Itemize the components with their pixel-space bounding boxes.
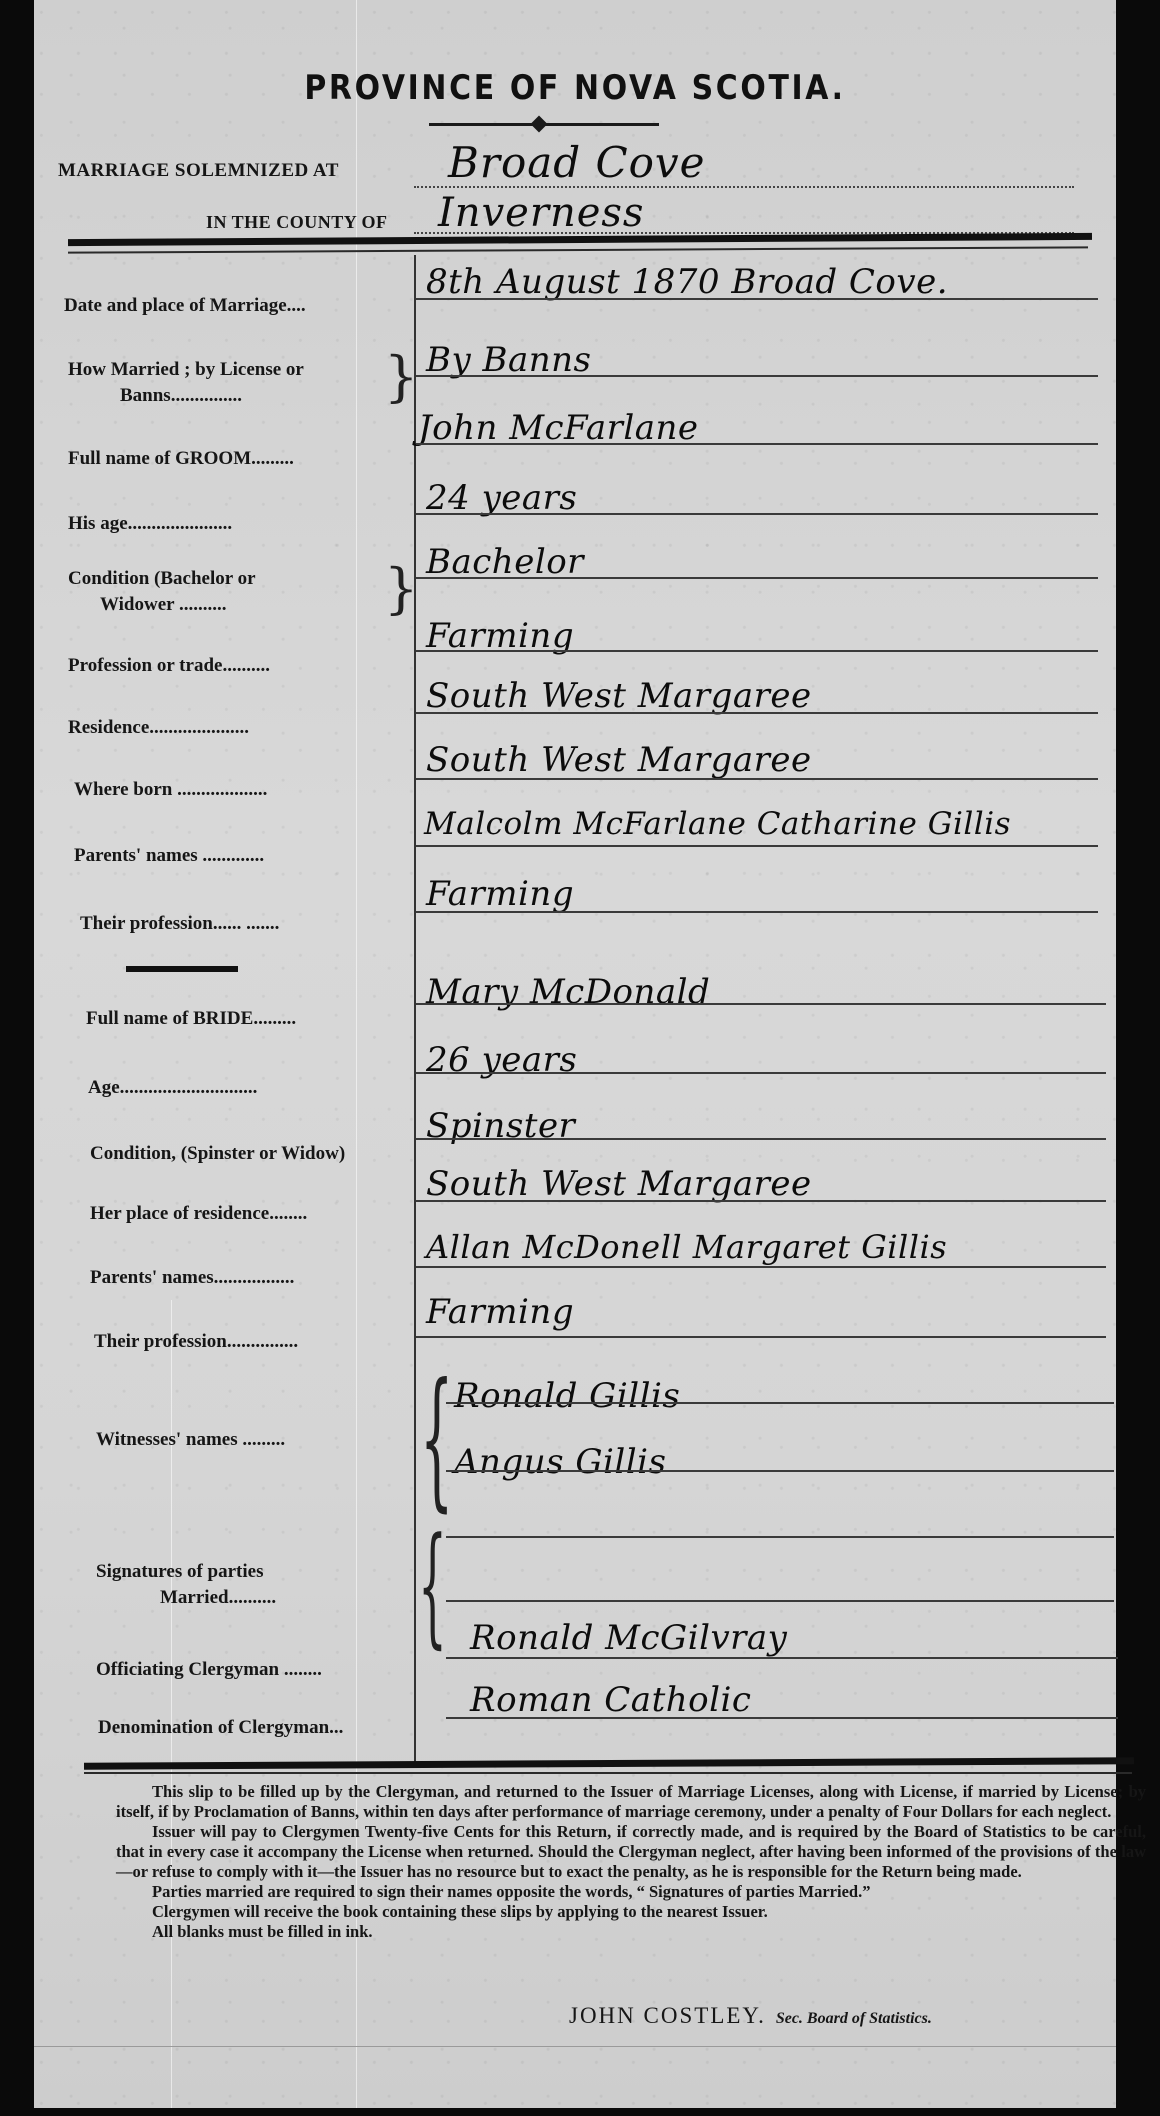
label-bride-residence: Her place of residence........	[90, 1200, 307, 1228]
label-groom-birthplace: Where born ...................	[74, 776, 267, 804]
solemnized-at-label: MARRIAGE SOLEMNIZED AT	[58, 160, 339, 182]
header-divider-thin	[68, 246, 1088, 253]
label-bride-age: Age.............................	[88, 1074, 257, 1102]
entry-line	[416, 1266, 1106, 1268]
value-how-married: By Banns	[426, 340, 592, 380]
column-divider	[414, 255, 416, 1765]
value-date-place: 8th August 1870 Broad Cove.	[426, 262, 948, 302]
value-groom-name: John McFarlane	[418, 408, 699, 448]
value-witness-1: Ronald Gillis	[454, 1376, 680, 1416]
marriage-record-form: PROVINCE OF NOVA SCOTIA. MARRIAGE SOLEMN…	[34, 0, 1116, 2108]
instruction-paragraph: All blanks must be filled in ink.	[116, 1922, 1146, 1942]
instructions-block: This slip to be filled up by the Clergym…	[116, 1782, 1146, 1942]
label-denomination: Denomination of Clergyman...	[98, 1714, 343, 1742]
label-signatures: Signatures of parties	[96, 1558, 263, 1586]
value-groom-condition: Bachelor	[426, 542, 584, 582]
instruction-paragraph: Issuer will pay to Clergymen Twenty-five…	[116, 1822, 1146, 1882]
groom-bride-divider	[126, 966, 238, 972]
value-bride-condition: Spinster	[426, 1106, 575, 1146]
label-groom-age: His age......................	[68, 510, 232, 538]
instruction-paragraph: Parties married are required to sign the…	[116, 1882, 1146, 1902]
value-groom-residence: South West Margaree	[426, 676, 812, 716]
label-date-place: Date and place of Marriage....	[64, 292, 306, 320]
label-groom-condition-2: Widower ..........	[100, 591, 227, 619]
entry-line	[416, 845, 1098, 847]
brace-icon: }	[384, 350, 418, 404]
label-signatures-2: Married..........	[160, 1584, 276, 1612]
label-how-married: How Married ; by License or	[68, 356, 304, 384]
entry-line	[416, 778, 1098, 780]
value-groom-birthplace: South West Margaree	[426, 740, 812, 780]
entry-line	[416, 1200, 1106, 1202]
value-bride-parents: Allan McDonell Margaret Gillis	[426, 1228, 947, 1266]
bottom-fold-line	[34, 2046, 1116, 2047]
official-signature: JOHN COSTLEY. Sec. Board of Statistics.	[569, 2003, 932, 2029]
label-groom-name: Full name of GROOM.........	[68, 445, 294, 473]
entry-line	[416, 1072, 1106, 1074]
value-groom-age: 24 years	[426, 478, 577, 518]
label-groom-profession: Profession or trade..........	[68, 652, 270, 680]
label-bride-parents-profession: Their profession...............	[94, 1328, 298, 1356]
entry-line	[416, 1138, 1106, 1140]
label-groom-residence: Residence.....................	[68, 714, 249, 742]
entry-line	[416, 1003, 1106, 1005]
label-groom-parents-profession: Their profession...... .......	[80, 910, 279, 938]
label-bride-name: Full name of BRIDE.........	[86, 1005, 296, 1033]
value-bride-residence: South West Margaree	[426, 1164, 812, 1204]
official-title: Sec. Board of Statistics.	[776, 2010, 932, 2027]
entry-line	[416, 911, 1098, 913]
entry-line	[416, 577, 1098, 579]
signature-line-2[interactable]	[446, 1600, 1114, 1602]
value-witness-2: Angus Gillis	[454, 1442, 666, 1482]
entry-line	[446, 1717, 1118, 1719]
brace-icon: {	[420, 1364, 453, 1514]
label-officiating-clergyman: Officiating Clergyman ........	[96, 1656, 322, 1684]
value-officiating-clergyman: Ronald McGilvray	[470, 1618, 787, 1658]
label-bride-condition: Condition, (Spinster or Widow)	[90, 1140, 345, 1168]
entry-line	[446, 1470, 1114, 1472]
entry-line	[416, 1336, 1106, 1338]
entry-line	[416, 712, 1098, 714]
scan-artifact-line	[171, 1300, 172, 2108]
label-witnesses: Witnesses' names .........	[96, 1426, 285, 1454]
label-groom-parents: Parents' names .............	[74, 842, 264, 870]
form-title: PROVINCE OF NOVA SCOTIA.	[99, 68, 1051, 108]
official-name: JOHN COSTLEY.	[569, 2003, 766, 2028]
value-bride-parents-profession: Farming	[426, 1292, 574, 1332]
entry-line	[416, 650, 1098, 652]
entry-line	[446, 1657, 1118, 1659]
instruction-paragraph: Clergymen will receive the book containi…	[116, 1902, 1146, 1922]
county-label: IN THE COUNTY OF	[206, 212, 388, 233]
instructions-divider	[84, 1757, 1134, 1769]
value-groom-parents-profession: Farming	[426, 874, 574, 914]
instructions-divider-thin	[84, 1772, 1132, 1774]
value-denomination: Roman Catholic	[470, 1680, 751, 1720]
label-groom-condition: Condition (Bachelor or	[68, 565, 256, 593]
entry-line	[416, 375, 1098, 377]
instruction-paragraph: This slip to be filled up by the Clergym…	[116, 1782, 1146, 1822]
label-how-married-2: Banns...............	[120, 382, 242, 410]
entry-line	[416, 443, 1098, 445]
value-groom-parents: Malcolm McFarlane Catharine Gillis	[424, 806, 1011, 842]
value-bride-name: Mary McDonald	[426, 972, 710, 1012]
entry-line	[416, 513, 1098, 515]
signature-line-1[interactable]	[446, 1536, 1114, 1538]
title-ornament	[429, 118, 659, 132]
county-value: Inverness	[438, 190, 644, 236]
label-bride-parents: Parents' names.................	[90, 1264, 294, 1292]
value-bride-age: 26 years	[426, 1040, 577, 1080]
entry-line	[446, 1402, 1114, 1404]
entry-line	[416, 298, 1098, 300]
brace-icon: }	[384, 562, 418, 616]
brace-icon: {	[418, 1520, 447, 1650]
solemnized-at-value: Broad Cove	[448, 138, 706, 187]
